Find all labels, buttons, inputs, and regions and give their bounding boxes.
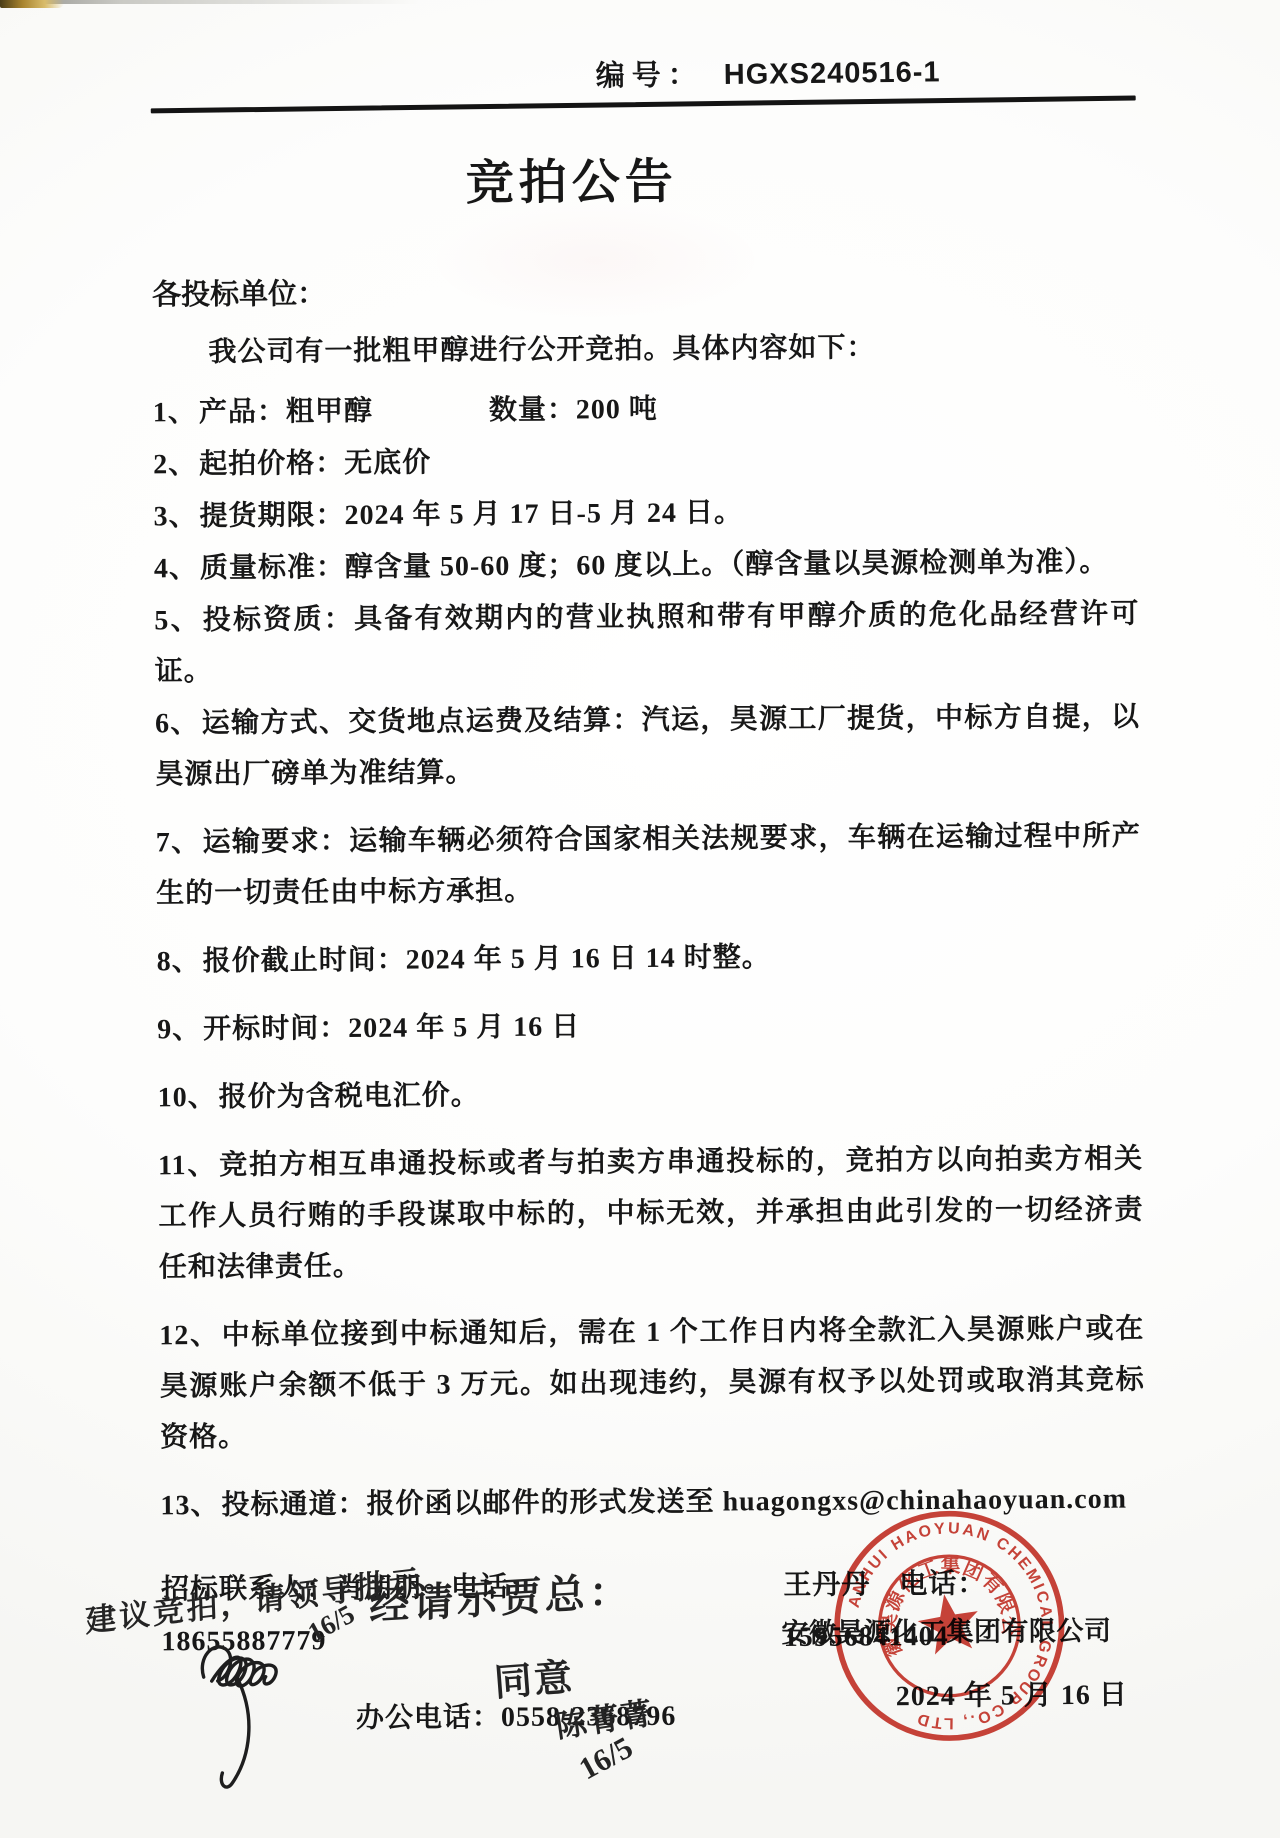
company-seal-stamp: ANHUI HAOYUAN CHEMICAL GROUP CO., LTD 安徽… (798, 1474, 1102, 1778)
list-item: 8、报价截止时间：2024 年 5 月 16 日 14 时整。 (157, 930, 1142, 988)
list-item: 9、开标时间：2024 年 5 月 16 日 (157, 998, 1142, 1056)
item-text: 起拍价格：无底价 (199, 447, 431, 480)
item-number: 12、 (159, 1320, 220, 1351)
item-text: 开标时间：2024 年 5 月 16 日 (203, 1011, 580, 1045)
item-number: 1、 (153, 397, 197, 428)
item-text: 产品：粗甲醇 数量：200 吨 (199, 394, 658, 428)
item-text: 运输方式、交货地点运费及结算：汽运，昊源工厂提货，中标方自提，以昊源出厂磅单为准… (155, 702, 1140, 791)
item-number: 8、 (157, 946, 201, 977)
item-text: 竞拍方相互串通投标或者与拍卖方串通投标的，竞拍方以向拍卖方相关工作人员行贿的手段… (158, 1144, 1143, 1284)
list-item: 10、报价为含税电汇价。 (157, 1066, 1142, 1124)
item-number: 10、 (158, 1082, 217, 1113)
item-text: 运输要求：运输车辆必须符合国家相关法规要求，车辆在运输过程中所产生的一切责任由中… (156, 821, 1141, 910)
item-number: 11、 (158, 1150, 217, 1181)
star-icon (914, 1589, 984, 1656)
item-number: 3、 (153, 501, 197, 532)
item-number: 2、 (153, 449, 197, 480)
list-item: 1、产品：粗甲醇 数量：200 吨 (153, 381, 1138, 439)
doc-number-row: 编号：HGXS240516-1 (150, 52, 1135, 100)
list-item: 7、运输要求：运输车辆必须符合国家相关法规要求，车辆在运输过程中所产生的一切责任… (156, 811, 1142, 920)
list-item: 6、运输方式、交货地点运费及结算：汽运，昊源工厂提货，中标方自提，以昊源出厂磅单… (155, 692, 1141, 801)
list-item: 12、中标单位接到中标通知后，需在 1 个工作日内将全款汇入昊源账户或在昊源账户… (159, 1304, 1145, 1464)
page-title: 竞拍公告 (79, 152, 1064, 215)
list-item: 3、提货期限：2024 年 5 月 17 日-5 月 24 日。 (153, 485, 1138, 543)
list-item: 5、投标资质：具备有效期内的营业执照和带有甲醇介质的危化品经营许可证。 (154, 589, 1140, 698)
list-item: 11、竞拍方相互串通投标或者与拍卖方串通投标的，竞拍方以向拍卖方相关工作人员行贿… (158, 1134, 1144, 1294)
doc-number-value: HGXS240516-1 (724, 56, 941, 91)
item-text: 投标资质：具备有效期内的营业执照和带有甲醇介质的危化品经营许可证。 (155, 599, 1140, 688)
doc-number-label: 编号： (596, 59, 704, 92)
item-text: 报价截止时间：2024 年 5 月 16 日 14 时整。 (203, 942, 771, 977)
item-number: 13、 (160, 1490, 219, 1521)
intro-paragraph: 我公司有一批粗甲醇进行公开竞拍。具体内容如下： (152, 322, 1137, 379)
items-list: 1、产品：粗甲醇 数量：200 吨2、起拍价格：无底价3、提货期限：2024 年… (153, 381, 1146, 1532)
handwritten-approval: 同意 (492, 1646, 576, 1707)
salutation: 各投标单位： (152, 264, 1137, 321)
list-item: 4、质量标准：醇含量 50-60 度；60 度以上。（醇含量以昊源检测单为准）。 (154, 537, 1139, 595)
signature-scribble (193, 1634, 344, 1807)
item-number: 4、 (154, 553, 198, 584)
item-text: 中标单位接到中标通知后，需在 1 个工作日内将全款汇入昊源账户或在昊源账户余额不… (160, 1314, 1145, 1454)
item-text: 质量标准：醇含量 50-60 度；60 度以上。（醇含量以昊源检测单为准）。 (200, 547, 1109, 584)
item-number: 5、 (154, 605, 201, 636)
item-text: 报价为含税电汇价。 (219, 1080, 480, 1113)
header-rule (151, 96, 1136, 114)
item-number: 6、 (155, 708, 200, 739)
list-item: 2、起拍价格：无底价 (153, 433, 1138, 491)
document-page: 编号：HGXS240516-1 竞拍公告 各投标单位： 我公司有一批粗甲醇进行公… (0, 0, 1280, 1838)
item-number: 7、 (156, 827, 201, 858)
item-number: 9、 (157, 1014, 201, 1045)
item-text: 提货期限：2024 年 5 月 17 日-5 月 24 日。 (200, 497, 744, 532)
